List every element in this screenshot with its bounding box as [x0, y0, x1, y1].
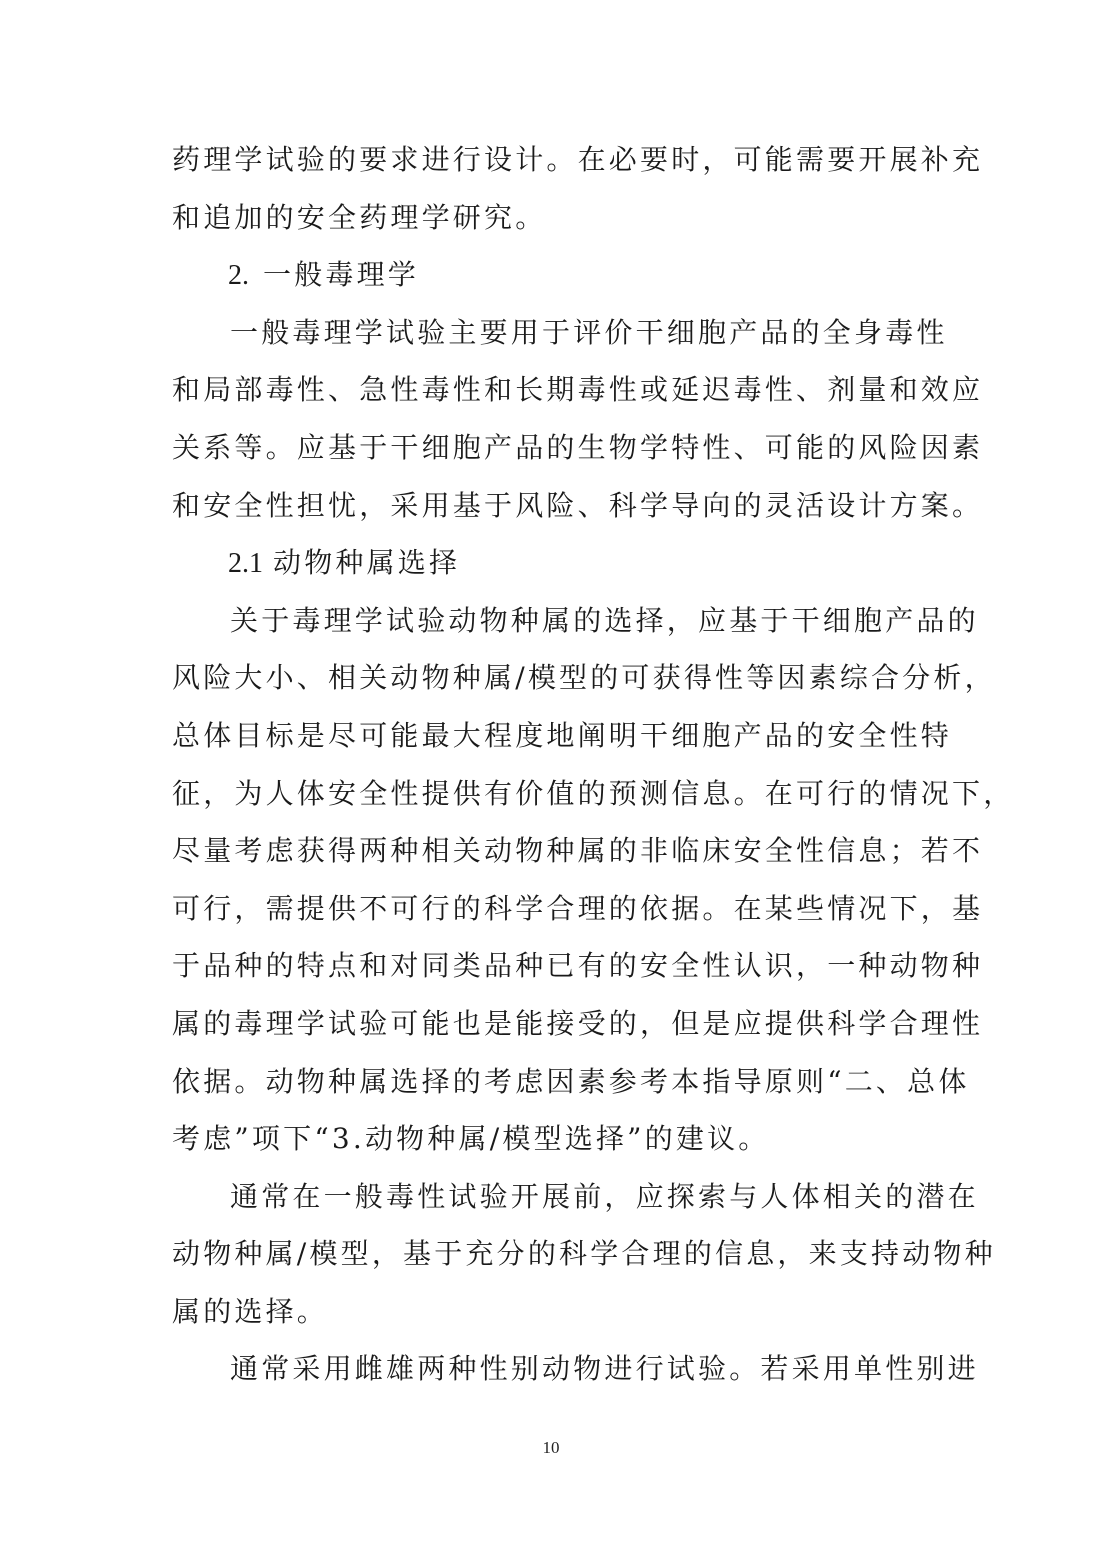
paragraph-line: 动物种属/模型，基于充分的科学合理的信息，来支持动物种 [172, 1225, 932, 1283]
paragraph-line: 依据。动物种属选择的考虑因素参考本指导原则“二、总体 [172, 1053, 932, 1111]
section-heading-2: 2.一般毒理学 [172, 246, 932, 304]
paragraph-line: 和局部毒性、急性毒性和长期毒性或延迟毒性、剂量和效应 [172, 361, 932, 419]
paragraph-line: 通常在一般毒性试验开展前，应探索与人体相关的潜在 [172, 1168, 932, 1226]
paragraph-line: 和安全性担忧，采用基于风险、科学导向的灵活设计方案。 [172, 477, 932, 535]
paragraph-line: 属的选择。 [172, 1283, 932, 1341]
document-body: 药理学试验的要求进行设计。在必要时，可能需要开展补充 和追加的安全药理学研究。 … [172, 131, 932, 1398]
paragraph-line: 于品种的特点和对同类品种已有的安全性认识，一种动物种 [172, 937, 932, 995]
paragraph-line: 征，为人体安全性提供有价值的预测信息。在可行的情况下， [172, 765, 932, 823]
section-number: 2. [228, 260, 249, 291]
document-page: 药理学试验的要求进行设计。在必要时，可能需要开展补充 和追加的安全药理学研究。 … [0, 0, 1102, 1559]
paragraph-line: 尽量考虑获得两种相关动物种属的非临床安全性信息；若不 [172, 822, 932, 880]
paragraph-line: 一般毒理学试验主要用于评价干细胞产品的全身毒性 [172, 304, 932, 362]
paragraph-line: 药理学试验的要求进行设计。在必要时，可能需要开展补充 [172, 131, 932, 189]
paragraph-line: 关于毒理学试验动物种属的选择，应基于干细胞产品的 [172, 592, 932, 650]
paragraph-line: 总体目标是尽可能最大程度地阐明干细胞产品的安全性特 [172, 707, 932, 765]
paragraph-line: 考虑”项下“3.动物种属/模型选择”的建议。 [172, 1110, 932, 1168]
paragraph-line: 可行，需提供不可行的科学合理的依据。在某些情况下，基 [172, 880, 932, 938]
page-number: 10 [0, 1438, 1102, 1458]
paragraph-line: 属的毒理学试验可能也是能接受的，但是应提供科学合理性 [172, 995, 932, 1053]
paragraph-line: 关系等。应基于干细胞产品的生物学特性、可能的风险因素 [172, 419, 932, 477]
paragraph-line: 风险大小、相关动物种属/模型的可获得性等因素综合分析， [172, 649, 932, 707]
section-heading-2-1: 2.1动物种属选择 [172, 534, 932, 592]
paragraph-line: 和追加的安全药理学研究。 [172, 189, 932, 247]
section-title: 一般毒理学 [263, 258, 419, 291]
section-number: 2.1 [228, 548, 263, 579]
paragraph-line: 通常采用雌雄两种性别动物进行试验。若采用单性别进 [172, 1340, 932, 1398]
section-title: 动物种属选择 [273, 546, 460, 579]
